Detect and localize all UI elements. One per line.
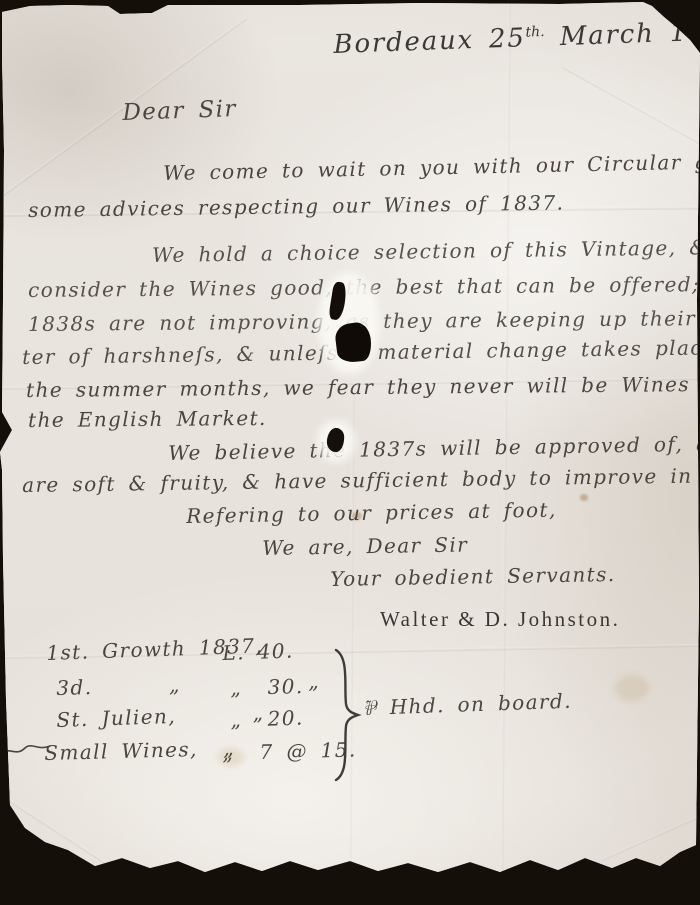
paper-sheet: Bordeaux 25th. March 1839. Dear Sir We c… bbox=[0, 0, 700, 905]
fold-crease-bottom-left bbox=[8, 799, 152, 894]
letter-photograph: Bordeaux 25th. March 1839. Dear Sir We c… bbox=[0, 0, 700, 905]
body-line: We hold a choice selection of this Vinta… bbox=[152, 235, 700, 267]
body-line: We believe the 1837s will be approved of… bbox=[168, 430, 700, 465]
signature: Walter & D. Johnston. bbox=[380, 607, 620, 632]
body-line: We come to wait on you with our Circular… bbox=[163, 148, 700, 185]
paper-stain bbox=[580, 494, 588, 501]
body-line: the English Market. bbox=[28, 406, 267, 432]
price-value: „ 30. bbox=[230, 674, 304, 700]
pen-flourish bbox=[0, 738, 52, 764]
fold-crease-bottom-right bbox=[601, 798, 700, 862]
price-value: L. 40. bbox=[222, 639, 294, 665]
dateline: Bordeaux 25th. March 1839. bbox=[333, 15, 700, 60]
price-item: Small Wines, „ bbox=[44, 736, 235, 765]
price-brace bbox=[330, 648, 364, 782]
closing-line: We are, Dear Sir bbox=[262, 532, 468, 560]
dateline-suffix: March 1839. bbox=[544, 15, 700, 52]
closing-line: Your obedient Servants. bbox=[330, 562, 616, 591]
paper-stain bbox=[615, 675, 649, 701]
brace-note: ⅌ Hhd. on board. bbox=[362, 687, 572, 721]
body-line: some advices respecting our Wines of 183… bbox=[28, 191, 564, 222]
body-line: Refering to our prices at foot, bbox=[186, 498, 557, 528]
salutation: Dear Sir bbox=[122, 96, 237, 126]
body-line: are soft & fruity, & have sufficient bod… bbox=[22, 462, 700, 497]
price-value: „ 20. bbox=[230, 705, 304, 732]
dateline-ordinal: th. bbox=[525, 24, 545, 41]
dateline-prefix: Bordeaux 25 bbox=[333, 23, 526, 60]
body-line: the summer months, we fear they never wi… bbox=[26, 372, 700, 402]
